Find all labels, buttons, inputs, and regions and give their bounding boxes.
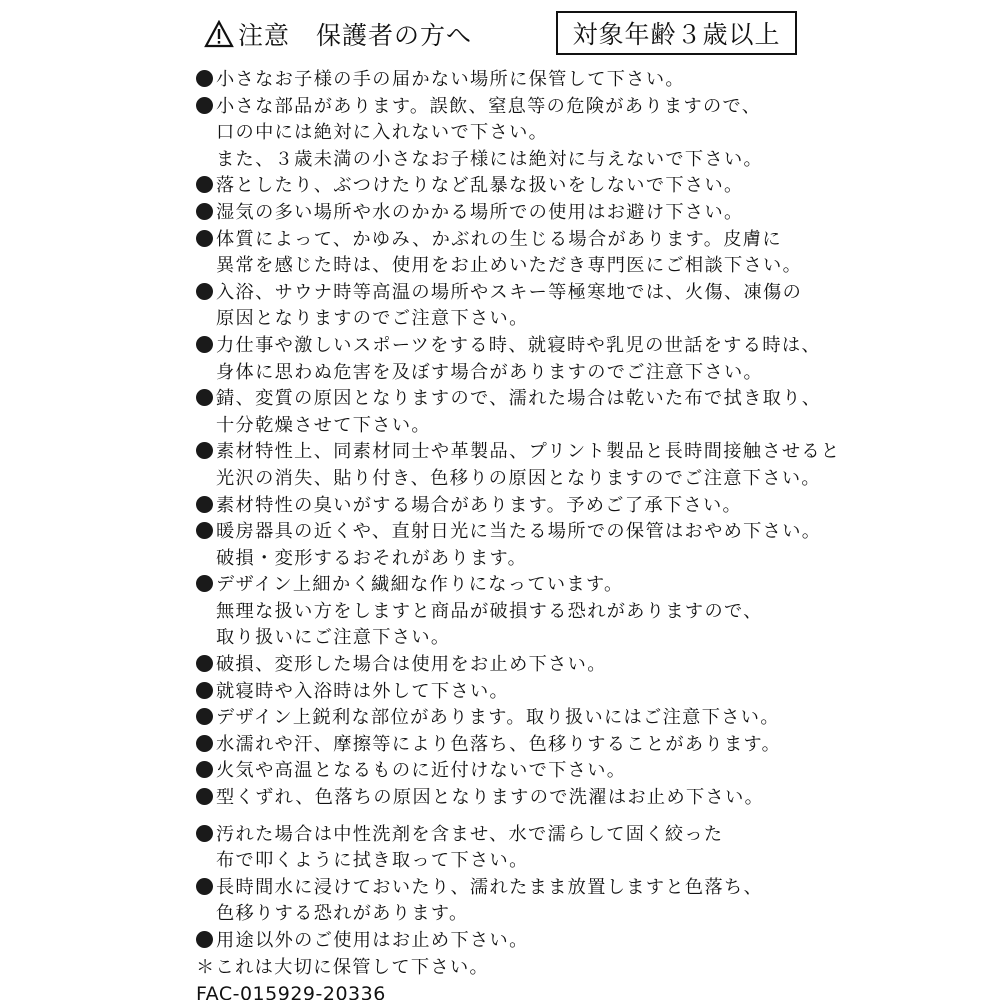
caution-item-continuation: 原因となりますのでご注意下さい。 — [196, 306, 856, 333]
caution-item: 暖房器具の近くや、直射日光に当たる場所での保管はおやめ下さい。破損・変形するおそ… — [196, 519, 856, 572]
caution-header: 注意 保護者の方へ — [204, 12, 472, 56]
caution-text: 布で叩くように拭き取って下さい。 — [216, 850, 529, 871]
caution-text: 原因となりますのでご注意下さい。 — [216, 308, 529, 329]
caution-text: 入浴、サウナ時等高温の場所やスキー等極寒地では、火傷、凍傷の — [216, 282, 802, 303]
caution-text: 破損・変形するおそれがあります。 — [216, 548, 527, 569]
bullet-dot-icon — [196, 283, 213, 300]
caution-text: 体質によって、かゆみ、かぶれの生じる場合があります。皮膚に — [216, 229, 782, 250]
caution-text: 用途以外のご使用はお止め下さい。 — [216, 930, 529, 951]
bullet-dot-icon — [196, 97, 213, 114]
bullet-dot-icon — [196, 70, 213, 87]
caution-item: デザイン上細かく繊細な作りになっています。無理な扱い方をしますと商品が破損する恐… — [196, 572, 856, 652]
bullet-dot-icon — [196, 575, 213, 592]
caution-item: 破損、変形した場合は使用をお止め下さい。 — [196, 652, 856, 679]
caution-list-care: 汚れた場合は中性洗剤を含ませ、水で濡らして固く絞った布で叩くように拭き取って下さ… — [196, 822, 856, 955]
caution-item-continuation: 取り扱いにご注意下さい。 — [196, 625, 856, 652]
caution-item-line: 入浴、サウナ時等高温の場所やスキー等極寒地では、火傷、凍傷の — [196, 280, 856, 307]
caution-text: 身体に思わぬ危害を及ぼす場合がありますのでご注意下さい。 — [216, 362, 763, 383]
caution-item: デザイン上鋭利な部位があります。取り扱いにはご注意下さい。 — [196, 705, 856, 732]
warning-triangle-icon — [204, 20, 234, 48]
caution-item-line: 素材特性上、同素材同士や革製品、プリント製品と長時間接触させると — [196, 439, 856, 466]
caution-text: 水濡れや汗、摩擦等により色落ち、色移りすることがあります。 — [216, 734, 781, 755]
caution-item: 素材特性の臭いがする場合があります。予めご了承下さい。 — [196, 493, 856, 520]
caution-text: デザイン上細かく繊細な作りになっています。 — [216, 574, 624, 595]
caution-item-line: 長時間水に浸けておいたり、濡れたまま放置しますと色落ち、 — [196, 875, 856, 902]
caution-list-main: 小さなお子様の手の届かない場所に保管して下さい。小さな部品があります。誤飲、窒息… — [196, 67, 856, 812]
caution-item-line: デザイン上鋭利な部位があります。取り扱いにはご注意下さい。 — [196, 705, 856, 732]
caution-text: 口の中には絶対に入れないで下さい。 — [216, 122, 548, 143]
caution-item-line: 錆、変質の原因となりますので、濡れた場合は乾いた布で拭き取り、 — [196, 386, 856, 413]
caution-item: 汚れた場合は中性洗剤を含ませ、水で濡らして固く絞った布で叩くように拭き取って下さ… — [196, 822, 856, 875]
caution-item-continuation: 布で叩くように拭き取って下さい。 — [196, 848, 856, 875]
caution-item-line: デザイン上細かく繊細な作りになっています。 — [196, 572, 856, 599]
section-gap — [196, 812, 856, 822]
caution-item: 入浴、サウナ時等高温の場所やスキー等極寒地では、火傷、凍傷の原因となりますのでご… — [196, 280, 856, 333]
caution-item-line: 小さな部品があります。誤飲、窒息等の危険がありますので、 — [196, 94, 856, 121]
caution-text: 無理な扱い方をしますと商品が破損する恐れがありますので、 — [216, 601, 763, 622]
product-code: FAC-015929-20336 — [196, 981, 856, 1000]
caution-text: 錆、変質の原因となりますので、濡れた場合は乾いた布で拭き取り、 — [216, 388, 821, 409]
caution-item: 長時間水に浸けておいたり、濡れたまま放置しますと色落ち、色移りする恐れがあります… — [196, 875, 856, 928]
caution-text: 型くずれ、色落ちの原因となりますので洗濯はお止め下さい。 — [216, 787, 764, 808]
caution-item-continuation: 十分乾燥させて下さい。 — [196, 413, 856, 440]
bullet-dot-icon — [196, 788, 213, 805]
caution-title: 注意 保護者の方へ — [238, 16, 472, 52]
caution-notes: 小さなお子様の手の届かない場所に保管して下さい。小さな部品があります。誤飲、窒息… — [196, 67, 856, 1000]
caution-item-line: 就寝時や入浴時は外して下さい。 — [196, 679, 856, 706]
caution-text: 異常を感じた時は、使用をお止めいただき専門医にご相談下さい。 — [216, 255, 802, 276]
bullet-dot-icon — [196, 336, 213, 353]
bullet-dot-icon — [196, 682, 213, 699]
caution-text: 取り扱いにご注意下さい。 — [216, 627, 450, 648]
caution-text: 素材特性の臭いがする場合があります。予めご了承下さい。 — [216, 495, 742, 516]
bullet-dot-icon — [196, 203, 213, 220]
caution-item-line: 水濡れや汗、摩擦等により色落ち、色移りすることがあります。 — [196, 732, 856, 759]
caution-item-line: 小さなお子様の手の届かない場所に保管して下さい。 — [196, 67, 856, 94]
caution-item: 落としたり、ぶつけたりなど乱暴な扱いをしないで下さい。 — [196, 173, 856, 200]
caution-text: 就寝時や入浴時は外して下さい。 — [216, 681, 509, 702]
bullet-dot-icon — [196, 389, 213, 406]
bullet-dot-icon — [196, 522, 213, 539]
caution-text: また、３歳未満の小さなお子様には絶対に与えないで下さい。 — [216, 149, 763, 170]
caution-item-continuation: 色移りする恐れがあります。 — [196, 901, 856, 928]
caution-item: 体質によって、かゆみ、かぶれの生じる場合があります。皮膚に異常を感じた時は、使用… — [196, 227, 856, 280]
age-rating-badge: 対象年齢３歳以上 — [556, 11, 797, 55]
bullet-dot-icon — [196, 230, 213, 247]
caution-text: 落としたり、ぶつけたりなど乱暴な扱いをしないで下さい。 — [216, 175, 744, 196]
caution-text: 湿気の多い場所や水のかかる場所での使用はお避け下さい。 — [216, 202, 744, 223]
caution-item-line: 汚れた場合は中性洗剤を含ませ、水で濡らして固く絞った — [196, 822, 856, 849]
bullet-dot-icon — [196, 176, 213, 193]
caution-item-line: 用途以外のご使用はお止め下さい。 — [196, 928, 856, 955]
caution-item: 小さなお子様の手の届かない場所に保管して下さい。 — [196, 67, 856, 94]
keep-note: ＊これは大切に保管して下さい。 — [196, 955, 856, 982]
caution-item-line: 型くずれ、色落ちの原因となりますので洗濯はお止め下さい。 — [196, 785, 856, 812]
caution-item-line: 力仕事や激しいスポーツをする時、就寝時や乳児の世話をする時は、 — [196, 333, 856, 360]
caution-item-line: 火気や高温となるものに近付けないで下さい。 — [196, 758, 856, 785]
caution-item-continuation: 無理な扱い方をしますと商品が破損する恐れがありますので、 — [196, 599, 856, 626]
caution-item: 小さな部品があります。誤飲、窒息等の危険がありますので、口の中には絶対に入れない… — [196, 94, 856, 174]
caution-item: 力仕事や激しいスポーツをする時、就寝時や乳児の世話をする時は、身体に思わぬ危害を… — [196, 333, 856, 386]
caution-item: 用途以外のご使用はお止め下さい。 — [196, 928, 856, 955]
caution-text: 素材特性上、同素材同士や革製品、プリント製品と長時間接触させると — [216, 441, 840, 462]
bullet-dot-icon — [196, 825, 213, 842]
bullet-dot-icon — [196, 931, 213, 948]
caution-item-continuation: 破損・変形するおそれがあります。 — [196, 546, 856, 573]
caution-text: 十分乾燥させて下さい。 — [216, 415, 431, 436]
caution-item-continuation: また、３歳未満の小さなお子様には絶対に与えないで下さい。 — [196, 147, 856, 174]
caution-item-continuation: 身体に思わぬ危害を及ぼす場合がありますのでご注意下さい。 — [196, 360, 856, 387]
caution-text: 暖房器具の近くや、直射日光に当たる場所での保管はおやめ下さい。 — [216, 521, 821, 542]
caution-text: 長時間水に浸けておいたり、濡れたまま放置しますと色落ち、 — [216, 877, 763, 898]
caution-item-line: 暖房器具の近くや、直射日光に当たる場所での保管はおやめ下さい。 — [196, 519, 856, 546]
caution-text: 小さなお子様の手の届かない場所に保管して下さい。 — [216, 69, 685, 90]
caution-item: 水濡れや汗、摩擦等により色落ち、色移りすることがあります。 — [196, 732, 856, 759]
caution-text: 力仕事や激しいスポーツをする時、就寝時や乳児の世話をする時は、 — [216, 335, 821, 356]
caution-item-continuation: 口の中には絶対に入れないで下さい。 — [196, 120, 856, 147]
caution-item-continuation: 光沢の消失、貼り付き、色移りの原因となりますのでご注意下さい。 — [196, 466, 856, 493]
caution-item: 錆、変質の原因となりますので、濡れた場合は乾いた布で拭き取り、十分乾燥させて下さ… — [196, 386, 856, 439]
bullet-dot-icon — [196, 496, 213, 513]
caution-item-line: 素材特性の臭いがする場合があります。予めご了承下さい。 — [196, 493, 856, 520]
caution-item: 就寝時や入浴時は外して下さい。 — [196, 679, 856, 706]
caution-item-line: 体質によって、かゆみ、かぶれの生じる場合があります。皮膚に — [196, 227, 856, 254]
caution-text: 汚れた場合は中性洗剤を含ませ、水で濡らして固く絞った — [216, 824, 723, 845]
caution-item: 湿気の多い場所や水のかかる場所での使用はお避け下さい。 — [196, 200, 856, 227]
caution-text: 小さな部品があります。誤飲、窒息等の危険がありますので、 — [216, 96, 761, 117]
caution-text: 火気や高温となるものに近付けないで下さい。 — [216, 760, 626, 781]
caution-item: 素材特性上、同素材同士や革製品、プリント製品と長時間接触させると光沢の消失、貼り… — [196, 439, 856, 492]
caution-text: デザイン上鋭利な部位があります。取り扱いにはご注意下さい。 — [216, 707, 780, 728]
caution-text: 色移りする恐れがあります。 — [216, 903, 469, 924]
bullet-dot-icon — [196, 878, 213, 895]
caution-text: 光沢の消失、貼り付き、色移りの原因となりますのでご注意下さい。 — [216, 468, 821, 489]
caution-item-continuation: 異常を感じた時は、使用をお止めいただき専門医にご相談下さい。 — [196, 253, 856, 280]
caution-item-line: 湿気の多い場所や水のかかる場所での使用はお避け下さい。 — [196, 200, 856, 227]
bullet-dot-icon — [196, 735, 213, 752]
caution-item: 型くずれ、色落ちの原因となりますので洗濯はお止め下さい。 — [196, 785, 856, 812]
caution-item-line: 破損、変形した場合は使用をお止め下さい。 — [196, 652, 856, 679]
caution-text: 破損、変形した場合は使用をお止め下さい。 — [216, 654, 607, 675]
caution-item-line: 落としたり、ぶつけたりなど乱暴な扱いをしないで下さい。 — [196, 173, 856, 200]
caution-item: 火気や高温となるものに近付けないで下さい。 — [196, 758, 856, 785]
bullet-dot-icon — [196, 708, 213, 725]
bullet-dot-icon — [196, 761, 213, 778]
bullet-dot-icon — [196, 655, 213, 672]
bullet-dot-icon — [196, 442, 213, 459]
